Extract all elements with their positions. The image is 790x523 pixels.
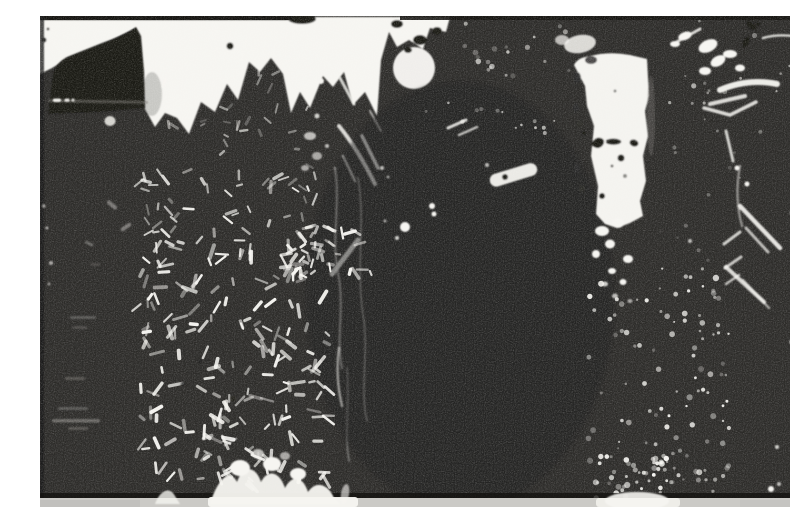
grain-dark-overlay — [40, 16, 790, 498]
photo-page: Very grainy, high-contrast black-and-whi… — [40, 16, 790, 507]
photograph — [40, 16, 790, 507]
bottom-paper-strip — [40, 493, 790, 507]
